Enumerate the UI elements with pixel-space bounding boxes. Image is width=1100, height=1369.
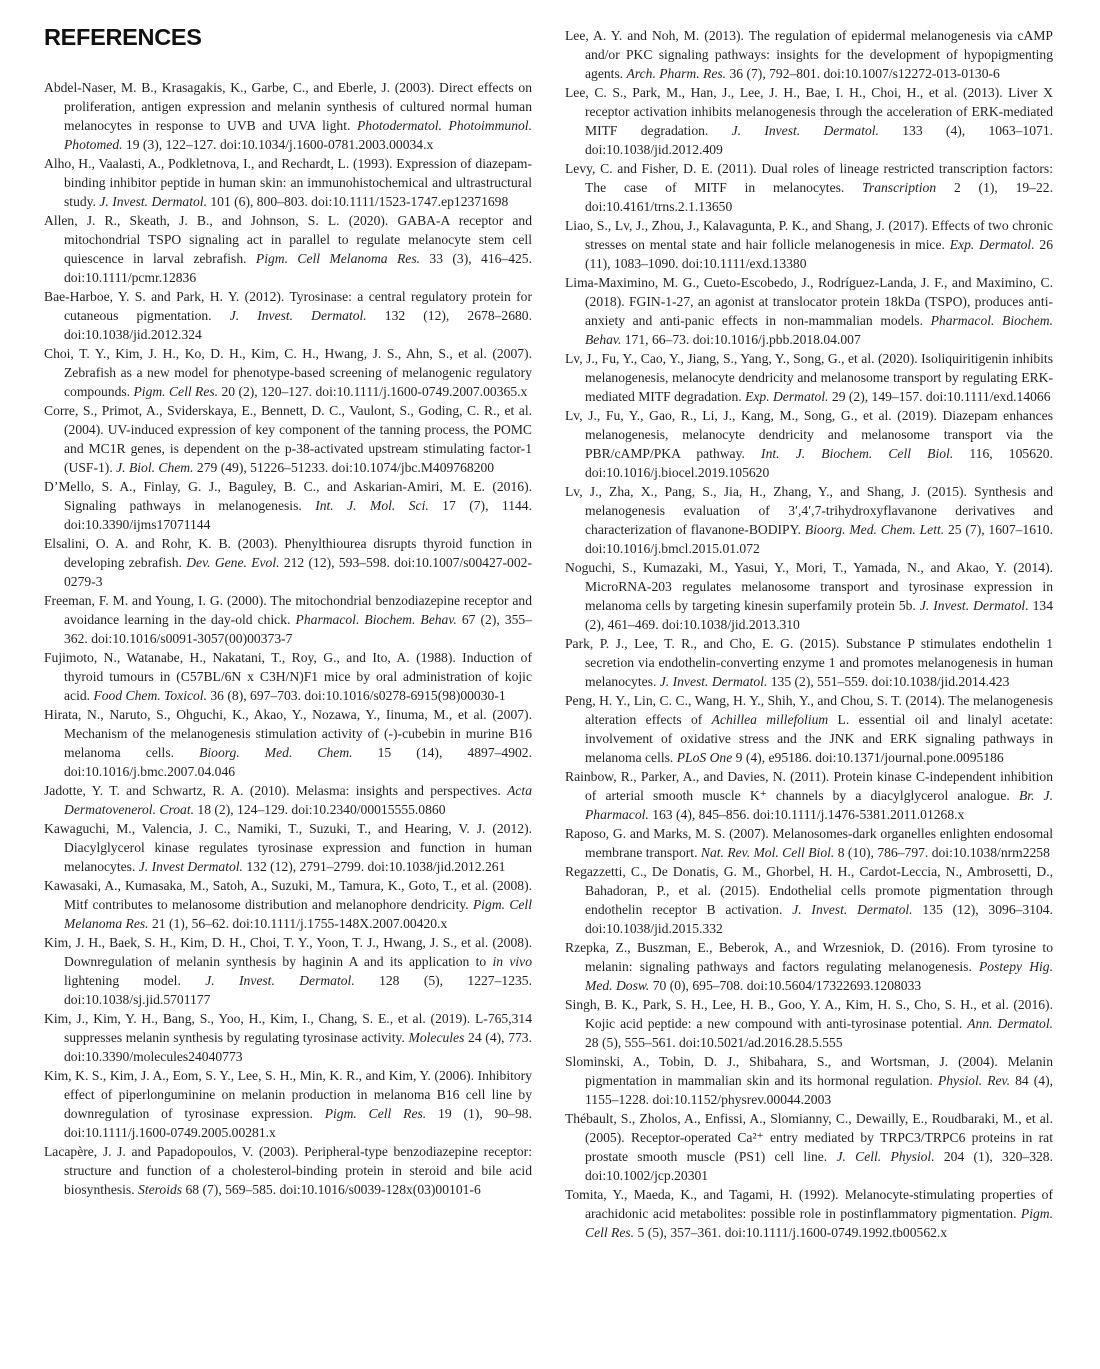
- reference-citation: 101 (6), 800–803. doi:10.1111/1523-1747.…: [207, 194, 508, 209]
- reference-journal: Ann. Dermatol.: [967, 1016, 1053, 1031]
- reference-entry: Slominski, A., Tobin, D. J., Shibahara, …: [565, 1052, 1053, 1109]
- reference-journal: Exp. Dermatol.: [950, 237, 1035, 252]
- reference-entry: Lima-Maximino, M. G., Cueto-Escobedo, J.…: [565, 273, 1053, 349]
- reference-list-right-column: Lee, A. Y. and Noh, M. (2013). The regul…: [565, 26, 1053, 1242]
- reference-journal: J. Cell. Physiol.: [836, 1149, 934, 1164]
- reference-entry: Lv, J., Fu, Y., Cao, Y., Jiang, S., Yang…: [565, 349, 1053, 406]
- reference-citation: lightening model.: [64, 973, 205, 988]
- reference-entry: Choi, T. Y., Kim, J. H., Ko, D. H., Kim,…: [44, 344, 532, 401]
- reference-citation: 20 (2), 120–127. doi:10.1111/j.1600-0749…: [218, 384, 527, 399]
- reference-journal: Bioorg. Med. Chem. Lett.: [805, 522, 944, 537]
- reference-citation: 19 (3), 122–127. doi:10.1034/j.1600-0781…: [123, 137, 434, 152]
- reference-journal: Nat. Rev. Mol. Cell Biol.: [701, 845, 834, 860]
- section-heading: REFERENCES: [44, 24, 202, 51]
- reference-citation: 36 (7), 792–801. doi:10.1007/s12272-013-…: [726, 66, 1000, 81]
- reference-entry: Kim, J., Kim, Y. H., Bang, S., Yoo, H., …: [44, 1009, 532, 1066]
- reference-citation: 171, 66–73. doi:10.1016/j.pbb.2018.04.00…: [621, 332, 860, 347]
- reference-journal: Bioorg. Med. Chem.: [199, 745, 352, 760]
- reference-citation: 163 (4), 845–856. doi:10.1111/j.1476-538…: [649, 807, 965, 822]
- reference-journal: Dev. Gene. Evol.: [186, 555, 279, 570]
- reference-journal: Pigm. Cell Melanoma Res.: [256, 251, 420, 266]
- reference-entry: Fujimoto, N., Watanabe, H., Nakatani, T.…: [44, 648, 532, 705]
- reference-citation: 5 (5), 357–361. doi:10.1111/j.1600-0749.…: [634, 1225, 947, 1240]
- reference-journal: J. Invest. Dermatol.: [660, 674, 768, 689]
- reference-entry: Tomita, Y., Maeda, K., and Tagami, H. (1…: [565, 1185, 1053, 1242]
- reference-entry: Abdel-Naser, M. B., Krasagakis, K., Garb…: [44, 78, 532, 154]
- reference-entry: Noguchi, S., Kumazaki, M., Yasui, Y., Mo…: [565, 558, 1053, 634]
- reference-citation: 132 (12), 2791–2799. doi:10.1038/jid.201…: [243, 859, 505, 874]
- reference-text: Tomita, Y., Maeda, K., and Tagami, H. (1…: [565, 1187, 1053, 1221]
- reference-journal: J. Biol. Chem.: [116, 460, 193, 475]
- reference-journal: Transcription: [862, 180, 936, 195]
- reference-entry: Levy, C. and Fisher, D. E. (2011). Dual …: [565, 159, 1053, 216]
- reference-journal: J. Invest. Dermatol.: [920, 598, 1029, 613]
- reference-entry: Alho, H., Vaalasti, A., Podkletnova, I.,…: [44, 154, 532, 211]
- reference-citation: 36 (8), 697–703. doi:10.1016/s0278-6915(…: [207, 688, 506, 703]
- reference-entry: Raposo, G. and Marks, M. S. (2007). Mela…: [565, 824, 1053, 862]
- reference-journal: Exp. Dermatol.: [745, 389, 828, 404]
- reference-journal: J. Invest. Dermatol.: [205, 973, 355, 988]
- reference-journal: Int. J. Mol. Sci.: [315, 498, 429, 513]
- reference-entry: Kim, K. S., Kim, J. A., Eom, S. Y., Lee,…: [44, 1066, 532, 1142]
- reference-entry: Lee, A. Y. and Noh, M. (2013). The regul…: [565, 26, 1053, 83]
- reference-journal: J. Invest Dermatol.: [139, 859, 243, 874]
- reference-entry: Elsalini, O. A. and Rohr, K. B. (2003). …: [44, 534, 532, 591]
- reference-entry: Corre, S., Primot, A., Sviderskaya, E., …: [44, 401, 532, 477]
- reference-entry: Kawasaki, A., Kumasaka, M., Satoh, A., S…: [44, 876, 532, 933]
- reference-text: Rainbow, R., Parker, A., and Davies, N. …: [565, 769, 1053, 803]
- reference-journal: Steroids: [138, 1182, 182, 1197]
- reference-text: Jadotte, Y. T. and Schwartz, R. A. (2010…: [44, 783, 507, 798]
- reference-text: Kim, J. H., Baek, S. H., Kim, D. H., Cho…: [44, 935, 532, 969]
- reference-entry: Lee, C. S., Park, M., Han, J., Lee, J. H…: [565, 83, 1053, 159]
- reference-entry: Lv, J., Zha, X., Pang, S., Jia, H., Zhan…: [565, 482, 1053, 558]
- reference-journal: J. Invest. Dermatol.: [230, 308, 367, 323]
- reference-entry: Kawaguchi, M., Valencia, J. C., Namiki, …: [44, 819, 532, 876]
- reference-text: Kawasaki, A., Kumasaka, M., Satoh, A., S…: [44, 878, 532, 912]
- reference-citation: 28 (5), 555–561. doi:10.5021/ad.2016.28.…: [585, 1035, 843, 1050]
- reference-entry: Hirata, N., Naruto, S., Ohguchi, K., Aka…: [44, 705, 532, 781]
- reference-journal: in vivo: [493, 954, 533, 969]
- reference-entry: Regazzetti, C., De Donatis, G. M., Ghorb…: [565, 862, 1053, 938]
- reference-entry: Lv, J., Fu, Y., Gao, R., Li, J., Kang, M…: [565, 406, 1053, 482]
- reference-journal: Pigm. Cell Res.: [133, 384, 218, 399]
- reference-entry: D’Mello, S. A., Finlay, G. J., Baguley, …: [44, 477, 532, 534]
- reference-journal: J. Invest. Dermatol.: [732, 123, 879, 138]
- reference-entry: Freeman, F. M. and Young, I. G. (2000). …: [44, 591, 532, 648]
- reference-citation: 18 (2), 124–129. doi:10.2340/00015555.08…: [194, 802, 445, 817]
- reference-journal: Int. J. Biochem. Cell Biol.: [761, 446, 953, 461]
- reference-journal: J. Invest. Dermatol.: [792, 902, 912, 917]
- reference-journal: Physiol. Rev.: [938, 1073, 1010, 1088]
- reference-entry: Jadotte, Y. T. and Schwartz, R. A. (2010…: [44, 781, 532, 819]
- reference-citation: 70 (0), 695–708. doi:10.5604/17322693.12…: [649, 978, 921, 993]
- reference-entry: Kim, J. H., Baek, S. H., Kim, D. H., Cho…: [44, 933, 532, 1009]
- reference-journal: Food Chem. Toxicol.: [93, 688, 207, 703]
- reference-entry: Liao, S., Lv, J., Zhou, J., Kalavagunta,…: [565, 216, 1053, 273]
- reference-entry: Bae-Harboe, Y. S. and Park, H. Y. (2012)…: [44, 287, 532, 344]
- reference-entry: Rainbow, R., Parker, A., and Davies, N. …: [565, 767, 1053, 824]
- reference-entry: Rzepka, Z., Buszman, E., Beberok, A., an…: [565, 938, 1053, 995]
- reference-citation: 135 (2), 551–559. doi:10.1038/jid.2014.4…: [767, 674, 1009, 689]
- reference-list-left-column: Abdel-Naser, M. B., Krasagakis, K., Garb…: [44, 78, 532, 1199]
- reference-journal: Pigm. Cell Res.: [325, 1106, 426, 1121]
- reference-journal: Arch. Pharm. Res.: [627, 66, 727, 81]
- reference-journal: J. Invest. Dermatol.: [99, 194, 207, 209]
- reference-journal: Pharmacol. Biochem. Behav.: [296, 612, 457, 627]
- reference-citation: 21 (1), 56–62. doi:10.1111/j.1755-148X.2…: [149, 916, 448, 931]
- reference-journal: PLoS One: [677, 750, 733, 765]
- reference-citation: 8 (10), 786–797. doi:10.1038/nrm2258: [834, 845, 1050, 860]
- reference-citation: 9 (4), e95186. doi:10.1371/journal.pone.…: [732, 750, 1003, 765]
- reference-citation: 29 (2), 149–157. doi:10.1111/exd.14066: [829, 389, 1051, 404]
- reference-citation: 279 (49), 51226–51233. doi:10.1074/jbc.M…: [194, 460, 495, 475]
- reference-entry: Singh, B. K., Park, S. H., Lee, H. B., G…: [565, 995, 1053, 1052]
- reference-entry: Park, P. J., Lee, T. R., and Cho, E. G. …: [565, 634, 1053, 691]
- reference-citation: 68 (7), 569–585. doi:10.1016/s0039-128x(…: [182, 1182, 481, 1197]
- references-page: REFERENCES Abdel-Naser, M. B., Krasagaki…: [0, 0, 1100, 1369]
- reference-journal: Achillea millefolium: [712, 712, 829, 727]
- reference-journal: Molecules: [409, 1030, 465, 1045]
- reference-entry: Peng, H. Y., Lin, C. C., Wang, H. Y., Sh…: [565, 691, 1053, 767]
- reference-entry: Thébault, S., Zholos, A., Enfissi, A., S…: [565, 1109, 1053, 1185]
- reference-entry: Allen, J. R., Skeath, J. B., and Johnson…: [44, 211, 532, 287]
- reference-entry: Lacapère, J. J. and Papadopoulos, V. (20…: [44, 1142, 532, 1199]
